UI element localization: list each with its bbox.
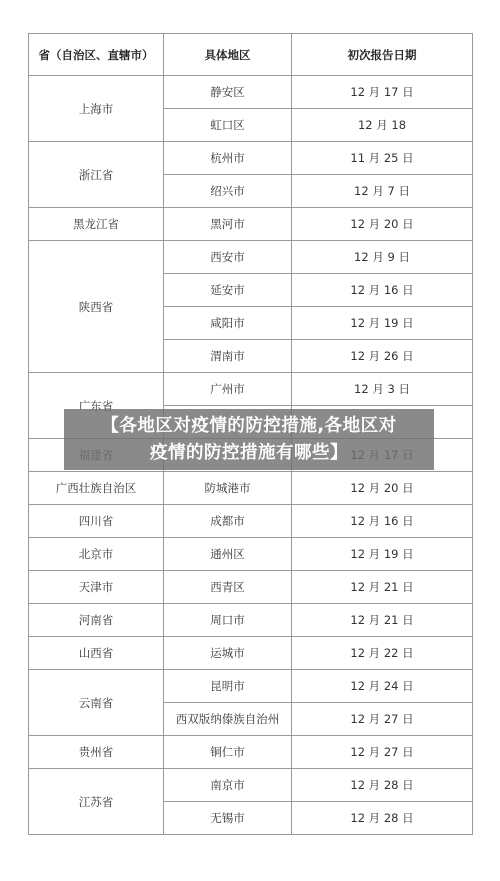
report-date-cell: 12 月 9 日 [292,241,473,274]
title-overlay-banner: 【各地区对疫情的防控措施,各地区对 疫情的防控措施有哪些】 [64,409,434,470]
table-row: 山西省运城市12 月 22 日 [29,637,473,670]
district-cell: 广州市 [164,373,292,406]
province-cell: 广西壮族自治区 [29,472,164,505]
report-date-cell: 12 月 18 [292,109,473,142]
table-row: 陕西省西安市12 月 9 日 [29,241,473,274]
report-date-cell: 12 月 16 日 [292,505,473,538]
report-date-cell: 12 月 21 日 [292,571,473,604]
report-date-cell: 12 月 28 日 [292,802,473,835]
report-date-cell: 12 月 28 日 [292,769,473,802]
header-province: 省（自治区、直辖市） [29,34,164,76]
district-cell: 无锡市 [164,802,292,835]
report-date-cell: 12 月 20 日 [292,208,473,241]
report-date-cell: 12 月 26 日 [292,340,473,373]
banner-line-1: 【各地区对疫情的防控措施,各地区对 [64,413,434,440]
district-cell: 西青区 [164,571,292,604]
table-row: 贵州省铜仁市12 月 27 日 [29,736,473,769]
table-row: 北京市通州区12 月 19 日 [29,538,473,571]
table-row: 浙江省杭州市11 月 25 日 [29,142,473,175]
district-cell: 南京市 [164,769,292,802]
province-cell: 黑龙江省 [29,208,164,241]
district-cell: 咸阳市 [164,307,292,340]
table-row: 上海市静安区12 月 17 日 [29,76,473,109]
province-cell: 北京市 [29,538,164,571]
province-cell: 浙江省 [29,142,164,208]
province-cell: 上海市 [29,76,164,142]
district-cell: 杭州市 [164,142,292,175]
district-cell: 铜仁市 [164,736,292,769]
report-date-cell: 12 月 17 日 [292,76,473,109]
district-cell: 成都市 [164,505,292,538]
province-cell: 陕西省 [29,241,164,373]
table-row: 河南省周口市12 月 21 日 [29,604,473,637]
district-cell: 静安区 [164,76,292,109]
province-cell: 云南省 [29,670,164,736]
table-row: 四川省成都市12 月 16 日 [29,505,473,538]
table-row: 天津市西青区12 月 21 日 [29,571,473,604]
province-cell: 河南省 [29,604,164,637]
district-cell: 延安市 [164,274,292,307]
district-cell: 虹口区 [164,109,292,142]
report-date-cell: 12 月 3 日 [292,373,473,406]
district-cell: 防城港市 [164,472,292,505]
district-cell: 绍兴市 [164,175,292,208]
district-cell: 运城市 [164,637,292,670]
report-date-cell: 12 月 7 日 [292,175,473,208]
district-cell: 昆明市 [164,670,292,703]
district-cell: 周口市 [164,604,292,637]
district-cell: 西双版纳傣族自治州 [164,703,292,736]
report-date-cell: 12 月 19 日 [292,538,473,571]
report-date-cell: 12 月 27 日 [292,736,473,769]
table-row: 广西壮族自治区防城港市12 月 20 日 [29,472,473,505]
province-cell: 山西省 [29,637,164,670]
report-date-cell: 12 月 16 日 [292,274,473,307]
report-date-cell: 12 月 27 日 [292,703,473,736]
report-date-cell: 12 月 19 日 [292,307,473,340]
province-cell: 贵州省 [29,736,164,769]
district-cell: 西安市 [164,241,292,274]
header-report-date: 初次报告日期 [292,34,473,76]
report-date-cell: 12 月 21 日 [292,604,473,637]
banner-line-2: 疫情的防控措施有哪些】 [64,440,434,467]
table-row: 江苏省南京市12 月 28 日 [29,769,473,802]
report-date-cell: 12 月 22 日 [292,637,473,670]
province-cell: 江苏省 [29,769,164,835]
header-district: 具体地区 [164,34,292,76]
table-row: 广东省广州市12 月 3 日 [29,373,473,406]
district-cell: 通州区 [164,538,292,571]
table-row: 黑龙江省黑河市12 月 20 日 [29,208,473,241]
district-cell: 渭南市 [164,340,292,373]
table-header-row: 省（自治区、直辖市） 具体地区 初次报告日期 [29,34,473,76]
report-date-cell: 12 月 24 日 [292,670,473,703]
province-cell: 天津市 [29,571,164,604]
district-cell: 黑河市 [164,208,292,241]
table-row: 云南省昆明市12 月 24 日 [29,670,473,703]
province-cell: 四川省 [29,505,164,538]
report-date-cell: 11 月 25 日 [292,142,473,175]
report-date-cell: 12 月 20 日 [292,472,473,505]
